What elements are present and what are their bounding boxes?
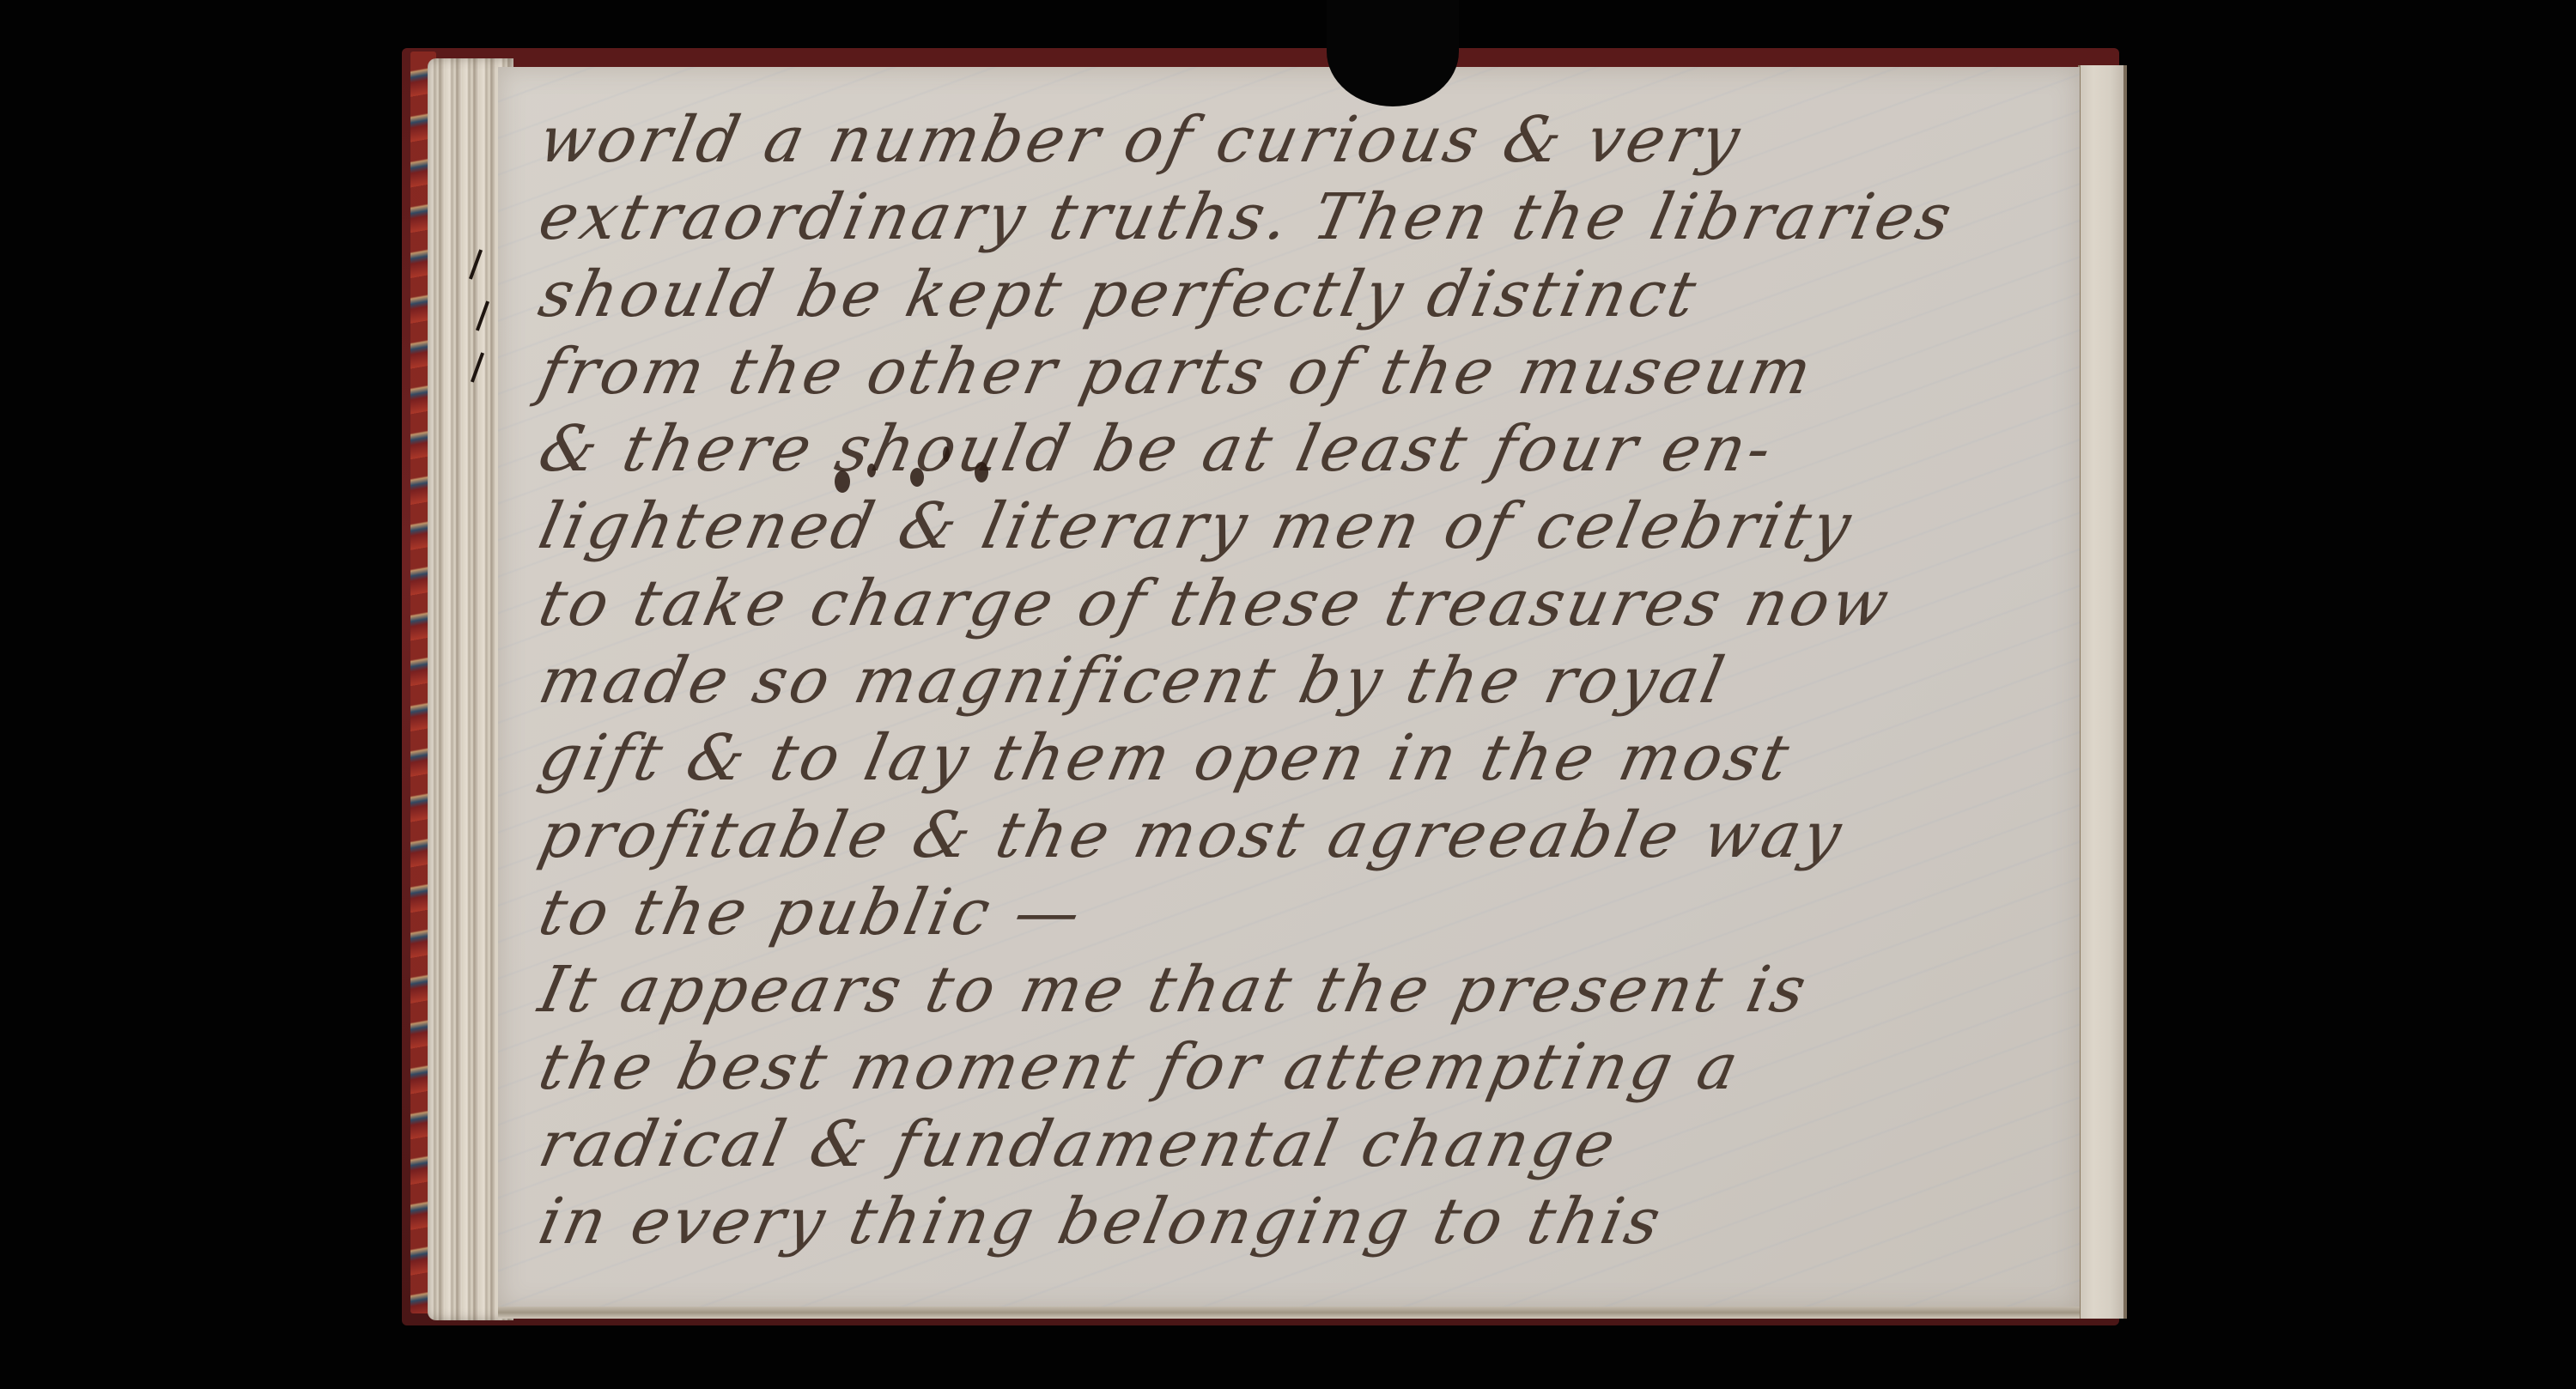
ink-mark bbox=[471, 352, 484, 382]
text-line-8: made so magnificent by the royal bbox=[532, 642, 2077, 719]
page-clip-notch bbox=[1327, 0, 1459, 106]
ink-blot bbox=[867, 464, 876, 477]
text-line-1: world a number of curious & very bbox=[532, 101, 2077, 179]
text-line-6: lightened & literary men of celebrity bbox=[532, 488, 2077, 565]
text-line-4: from the other parts of the museum bbox=[532, 333, 2077, 410]
text-line-12: It appears to me that the present is bbox=[532, 951, 2077, 1028]
text-line-5: & there should be at least four en- bbox=[532, 410, 2077, 488]
text-line-13: the best moment for attempting a bbox=[532, 1028, 2077, 1106]
text-line-14: radical & fundamental change bbox=[532, 1106, 2077, 1183]
ink-blot bbox=[910, 468, 924, 487]
text-line-15: in every thing belonging to this bbox=[532, 1183, 2077, 1260]
page-bottom-edge bbox=[498, 1307, 2080, 1319]
ink-blot bbox=[943, 446, 950, 462]
ink-blot bbox=[975, 462, 988, 482]
handwritten-text: world a number of curious & very extraor… bbox=[532, 101, 2061, 1260]
text-line-10: profitable & the most agreeable way bbox=[532, 797, 2077, 874]
margin-ink-marks bbox=[472, 240, 498, 412]
text-line-2: extraordinary truths. Then the libraries bbox=[532, 179, 2077, 256]
manuscript-photo: world a number of curious & very extraor… bbox=[0, 0, 2576, 1389]
text-line-9: gift & to lay them open in the most bbox=[532, 719, 2077, 797]
text-line-3: should be kept perfectly distinct bbox=[532, 256, 2077, 333]
ink-mark bbox=[476, 300, 489, 331]
ink-blot bbox=[835, 470, 850, 493]
text-line-7: to take charge of these treasures now bbox=[532, 565, 2077, 642]
text-line-11: to the public — bbox=[532, 874, 2077, 951]
facing-page-edge bbox=[2078, 65, 2123, 1319]
